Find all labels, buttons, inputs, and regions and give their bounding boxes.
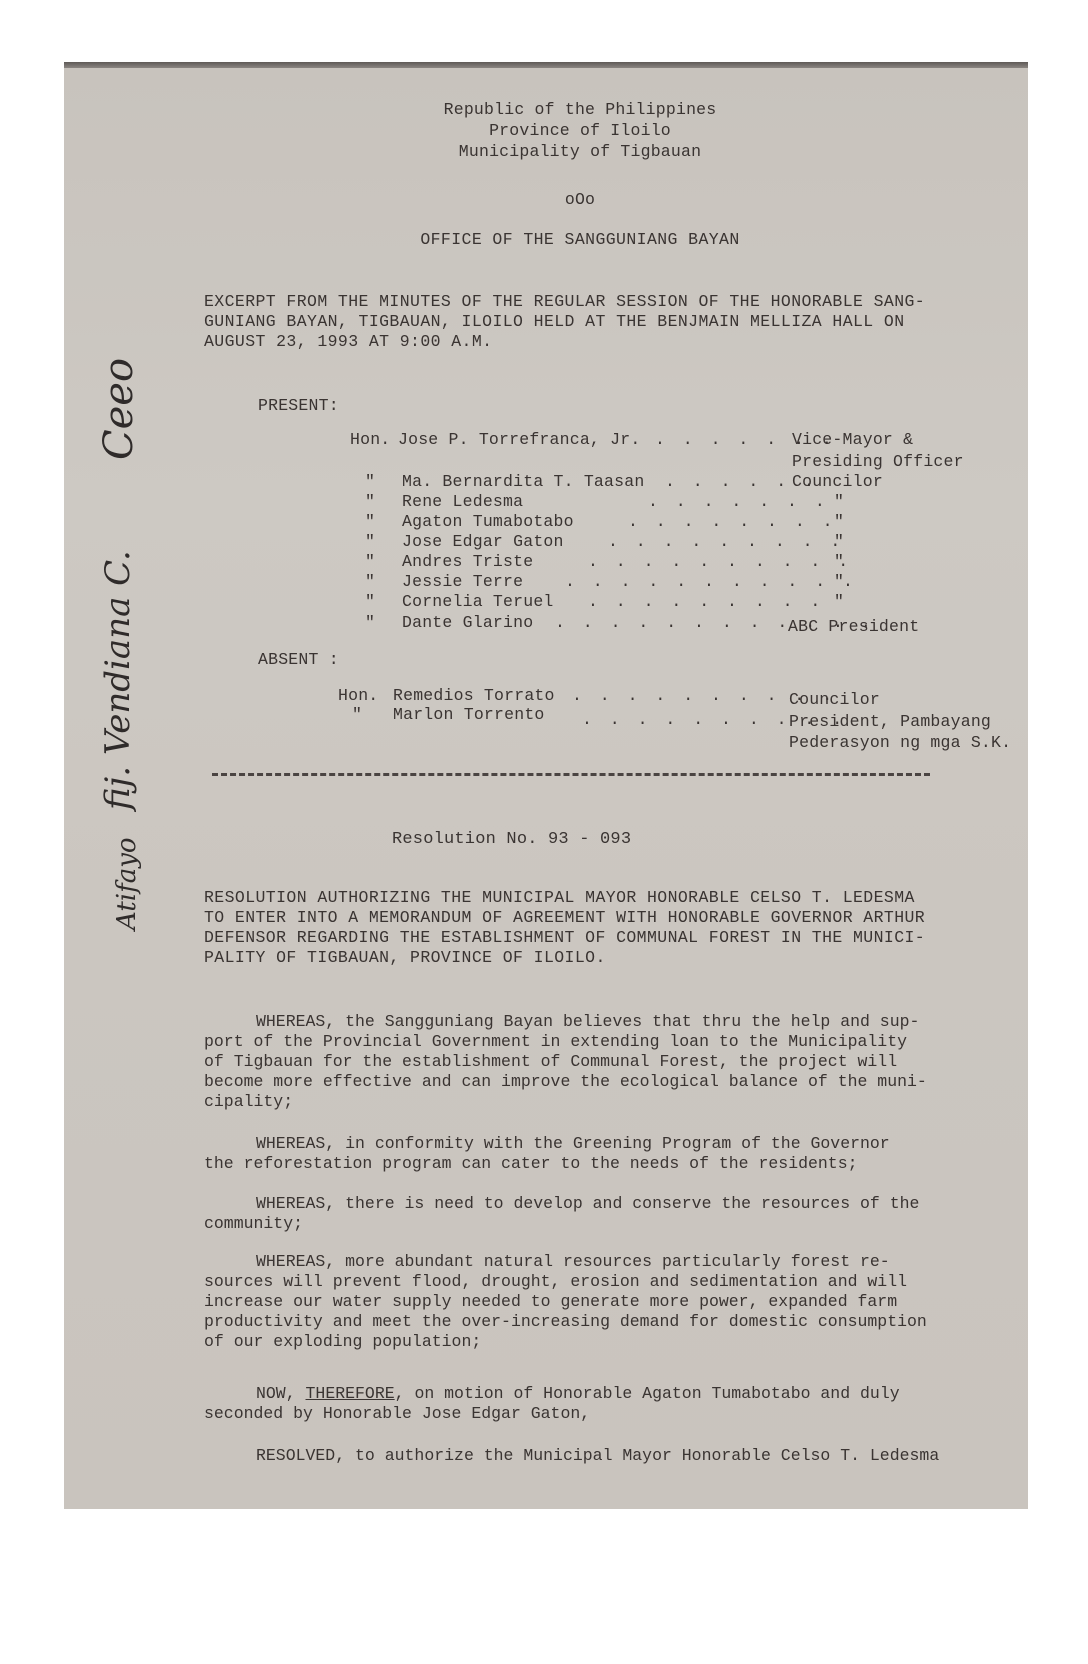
attendee-role: " bbox=[834, 552, 844, 572]
whereas-clause-4: WHEREAS, more abundant natural resources… bbox=[204, 1252, 964, 1352]
now-therefore-text: seconded by Honorable Jose Edgar Gaton, bbox=[204, 1404, 964, 1424]
resolution-title: RESOLUTION AUTHORIZING THE MUNICIPAL MAY… bbox=[204, 888, 964, 968]
whereas-text: of our exploding population; bbox=[204, 1332, 964, 1352]
leader-dots: . . . . . . . . . bbox=[588, 592, 824, 612]
resolution-title-line: TO ENTER INTO A MEMORANDUM OF AGREEMENT … bbox=[204, 908, 964, 928]
whereas-text: there is need to develop and conserve th… bbox=[335, 1194, 919, 1213]
now-therefore-clause: NOW, THEREFORE, on motion of Honorable A… bbox=[204, 1384, 964, 1424]
excerpt-line: EXCERPT FROM THE MINUTES OF THE REGULAR … bbox=[204, 292, 925, 312]
whereas-clause-1: WHEREAS, the Sangguniang Bayan believes … bbox=[204, 1012, 964, 1112]
attendee-name: Jose Edgar Gaton bbox=[402, 532, 564, 552]
leader-dots: . . . . . . . . bbox=[628, 512, 837, 532]
attendee-name: Dante Glarino bbox=[402, 613, 533, 633]
therefore-lead: THEREFORE bbox=[306, 1384, 395, 1403]
attendee-name: Agaton Tumabotabo bbox=[402, 512, 574, 532]
attendee-role: " bbox=[834, 572, 844, 592]
attendee-prefix: " bbox=[365, 512, 375, 532]
absentee-name: Remedios Torrato bbox=[393, 686, 555, 706]
attendee-prefix: " bbox=[365, 492, 375, 512]
section-divider bbox=[212, 773, 930, 776]
resolution-title-line: DEFENSOR REGARDING THE ESTABLISHMENT OF … bbox=[204, 928, 964, 948]
attendee-role: " bbox=[834, 592, 844, 612]
excerpt-line: AUGUST 23, 1993 AT 9:00 A.M. bbox=[204, 332, 492, 352]
excerpt-line: GUNIANG BAYAN, TIGBAUAN, ILOILO HELD AT … bbox=[204, 312, 905, 332]
resolved-clause: RESOLVED, to authorize the Municipal May… bbox=[204, 1446, 964, 1466]
attendee-prefix: " bbox=[365, 613, 375, 633]
leader-dots: . . . . . . . bbox=[648, 492, 829, 512]
whereas-lead: WHEREAS, bbox=[256, 1252, 335, 1271]
attendee-role: " bbox=[834, 532, 844, 552]
header-province: Province of Iloilo bbox=[0, 121, 1088, 141]
absentee-prefix: " bbox=[352, 705, 362, 725]
attendee-prefix: " bbox=[365, 552, 375, 572]
attendee-prefix: " bbox=[365, 572, 375, 592]
whereas-text: community; bbox=[204, 1214, 964, 1234]
attendee-name: Andres Triste bbox=[402, 552, 533, 572]
margin-signature-2: fij. Vendiana C. bbox=[98, 550, 138, 810]
whereas-text: more abundant natural resources particul… bbox=[335, 1252, 890, 1271]
absentee-prefix: Hon. bbox=[338, 686, 378, 706]
absentee-name: Marlon Torrento bbox=[393, 705, 545, 725]
office-title: OFFICE OF THE SANGGUNIANG BAYAN bbox=[0, 230, 1088, 250]
leader-dots: . . . . . . . . . . . bbox=[565, 572, 857, 592]
attendee-role: " bbox=[834, 492, 844, 512]
attendee-role-cont: Presiding Officer bbox=[792, 452, 964, 472]
resolved-text: to authorize the Municipal Mayor Honorab… bbox=[345, 1446, 939, 1465]
attendee-role: ABC President bbox=[788, 617, 919, 637]
margin-signature-1: Ceeo bbox=[96, 358, 142, 460]
whereas-text: become more effective and can improve th… bbox=[204, 1072, 964, 1092]
whereas-clause-3: WHEREAS, there is need to develop and co… bbox=[204, 1194, 964, 1234]
attendee-prefix: " bbox=[365, 472, 375, 492]
attendee-name: Jessie Terre bbox=[402, 572, 523, 592]
attendee-prefix: Hon. bbox=[350, 430, 390, 450]
absentee-role: President, Pambayang bbox=[789, 712, 991, 732]
attendee-role: Councilor bbox=[792, 472, 883, 492]
whereas-text: productivity and meet the over-increasin… bbox=[204, 1312, 964, 1332]
attendee-name: Jose P. Torrefranca, Jr. bbox=[398, 430, 640, 450]
whereas-text: the reforestation program can cater to t… bbox=[204, 1154, 964, 1174]
resolved-lead: RESOLVED, bbox=[256, 1446, 345, 1465]
margin-signature-3: Atifayo bbox=[112, 837, 142, 930]
whereas-text: sources will prevent flood, drought, ero… bbox=[204, 1272, 964, 1292]
present-label: PRESENT: bbox=[258, 396, 339, 416]
resolution-title-line: RESOLUTION AUTHORIZING THE MUNICIPAL MAY… bbox=[204, 888, 964, 908]
whereas-text: of Tigbauan for the establishment of Com… bbox=[204, 1052, 964, 1072]
absentee-role-cont: Pederasyon ng mga S.K. bbox=[789, 733, 1011, 753]
attendee-role: Vice-Mayor & bbox=[792, 430, 913, 450]
whereas-clause-2: WHEREAS, in conformity with the Greening… bbox=[204, 1134, 964, 1174]
whereas-text: the Sangguniang Bayan believes that thru… bbox=[335, 1012, 919, 1031]
absentee-role: Councilor bbox=[789, 690, 880, 710]
resolution-number: Resolution No. 93 - 093 bbox=[392, 830, 631, 850]
attendee-prefix: " bbox=[365, 532, 375, 552]
whereas-text: increase our water supply needed to gene… bbox=[204, 1292, 964, 1312]
leader-dots: . . . . . . . . . . bbox=[588, 552, 852, 572]
header-republic: Republic of the Philippines bbox=[0, 100, 1088, 120]
attendee-name: Ma. Bernardita T. Taasan bbox=[402, 472, 644, 492]
header-ornament: oOo bbox=[0, 190, 1088, 210]
whereas-lead: WHEREAS, bbox=[256, 1134, 335, 1153]
whereas-text: cipality; bbox=[204, 1092, 964, 1112]
whereas-lead: WHEREAS, bbox=[256, 1194, 335, 1213]
whereas-text: port of the Provincial Government in ext… bbox=[204, 1032, 964, 1052]
attendee-name: Cornelia Teruel bbox=[402, 592, 554, 612]
attendee-role: " bbox=[834, 512, 844, 532]
attendee-prefix: " bbox=[365, 592, 375, 612]
now-therefore-text: , on motion of Honorable Agaton Tumabota… bbox=[395, 1384, 900, 1403]
whereas-lead: WHEREAS, bbox=[256, 1012, 335, 1031]
now-lead: NOW, bbox=[256, 1384, 306, 1403]
header-municipality: Municipality of Tigbauan bbox=[0, 142, 1088, 162]
leader-dots: . . . . . . . . . bbox=[608, 532, 844, 552]
whereas-text: in conformity with the Greening Program … bbox=[335, 1134, 890, 1153]
absent-label: ABSENT : bbox=[258, 650, 339, 670]
resolution-title-line: PALITY OF TIGBAUAN, PROVINCE OF ILOILO. bbox=[204, 948, 964, 968]
attendee-name: Rene Ledesma bbox=[402, 492, 523, 512]
